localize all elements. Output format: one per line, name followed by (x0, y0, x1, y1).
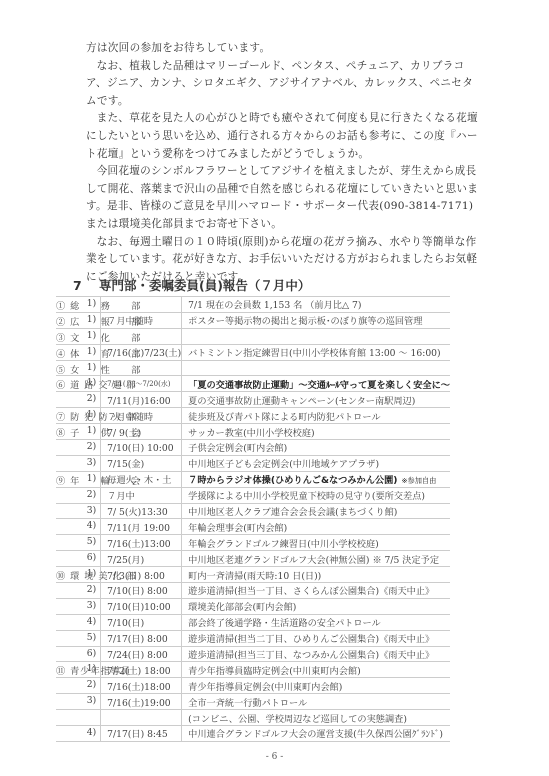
content-text: 年輪会グランドゴルフ練習日(中川小学校校庭) (188, 539, 379, 550)
date-cell: 7/17(日) 8:00 (101, 630, 182, 646)
table-row: 2)7/11(月)16:00夏の交通事故防止運動キャンペーン(センター南駅周辺) (56, 392, 450, 408)
table-row: 6)7/24(日) 8:00遊歩道清掃(担当三丁目、なつみかん公園集合)《雨天中… (56, 646, 450, 662)
department-cell: ③ 文 化 部1) (56, 328, 101, 344)
department-cell: 3) (56, 598, 101, 614)
date-cell: 7/10(日) (101, 614, 182, 630)
item-number: 4) (87, 727, 96, 738)
department-cell: 4) (56, 519, 101, 535)
item-number: 1) (87, 377, 96, 388)
content-text: 7/1 現在の会員数 1,153 名 （前月比△ 7) (188, 300, 361, 311)
date-cell (101, 710, 182, 726)
content-cell (182, 360, 450, 376)
table-row: 3)7/15(金)中川地区子ども会定例会(中川地域ケアプラザ) (56, 455, 450, 471)
paragraph: なお、植栽した品種はマリーゴールド、ペンタス、ペチュニア、カリブラコア、ジニア、… (86, 58, 481, 111)
paragraph: また、草花を見た人の心がひと時でも癒やされて何度も見に行きたくなる花壇にしたいと… (86, 110, 481, 163)
content-text: 町内一斉清掃(雨天時:10 日(日)) (188, 571, 321, 582)
date-cell: 7/10(日) 8:00 (101, 583, 182, 599)
date-cell: 7/10(日) 10:00 (101, 440, 182, 456)
table-row: 3)7/10(日)10:00環境美化部部会(町内会館) (56, 598, 450, 614)
content-cell: 青少年指導員臨時定例会(中川東町内会館) (182, 662, 450, 678)
content-cell: サッカー教室(中川小学校校庭) (182, 424, 450, 440)
content-cell: 夏の交通事故防止運動キャンペーン(センター南駅周辺) (182, 392, 450, 408)
department-cell: ⑦ 防 犯 防 火 部1) (56, 408, 101, 424)
item-number: 2) (87, 679, 96, 690)
date-cell: 7/16(土)13:00 (101, 535, 182, 551)
content-cell: 年輪会理事会(町内会館) (182, 519, 450, 535)
section-heading: 7専門部・委嘱委員(員)報告（７月中） (73, 276, 310, 294)
content-text: 中川連合グランドゴルフ大会の運営支援(牛久保西公園ｸﾞﾗﾝﾄﾞ) (188, 729, 443, 740)
content-text: 青少年指導員臨時定例会(中川東町内会館) (188, 666, 361, 677)
content-text: 全市一斉統一行動パトロール (188, 698, 307, 709)
content-text: 部会終了後通学路・生活道路の安全パトロール (188, 618, 381, 629)
date-cell: 7/25(月) (101, 551, 182, 567)
department-cell: 2) (56, 440, 101, 456)
date-cell: 7/15(金) (101, 455, 182, 471)
content-text: 中川地区子ども会定例会(中川地域ケアプラザ) (188, 459, 379, 470)
department-cell: ⑩ 環 境 美 化 部1) (56, 567, 101, 583)
department-cell: 3) (56, 455, 101, 471)
item-number: 1) (87, 473, 96, 484)
content-cell: 中川地区老連グランドゴルフ大会(神無公園) ※ 7/5 決定予定 (182, 551, 450, 567)
date-cell: 7/11(月 19:00 (101, 519, 182, 535)
content-cell: 年輪会グランドゴルフ練習日(中川小学校校庭) (182, 535, 450, 551)
department-cell: 6) (56, 551, 101, 567)
content-text: 中川地区老連グランドゴルフ大会(神無公園) ※ 7/5 決定予定 (188, 555, 439, 566)
content-cell: 徒歩班及び青パト隊による町内防犯パトロール (182, 408, 450, 424)
content-cell: ７時からラジオ体操(ひめりんご&なつみかん公園)※参加自由 (182, 471, 450, 487)
department-name: ③ 文 化 部 (56, 330, 141, 344)
content-cell: 学援隊による中川小学校児童下校時の見守り(要所交差点) (182, 487, 450, 503)
table-row: ③ 文 化 部1) (56, 328, 450, 344)
department-cell: ② 広 報 部1) (56, 312, 101, 328)
item-number: 2) (87, 584, 96, 595)
page-number: - 6 - (0, 752, 549, 762)
content-cell: 中川地区子ども会定例会(中川地域ケアプラザ) (182, 455, 450, 471)
department-cell: 5) (56, 535, 101, 551)
department-cell: 2) (56, 583, 101, 599)
item-number: 3) (87, 695, 96, 706)
department-name: ② 広 報 部 (56, 314, 141, 328)
item-number: 5) (87, 536, 96, 547)
content-cell: 7/1 現在の会員数 1,153 名 （前月比△ 7) (182, 297, 450, 313)
department-cell: ④ 体 育 部1) (56, 344, 101, 360)
report-table: ① 総 務 部1)7/1 現在の会員数 1,153 名 （前月比△ 7)② 広 … (56, 296, 450, 742)
content-cell: 環境美化部部会(町内会館) (182, 598, 450, 614)
table-row: ⑪ 青少年指導員1)7/ 2(土) 18:00青少年指導員臨時定例会(中川東町内… (56, 662, 450, 678)
date-cell: 7/24(日) 8:00 (101, 646, 182, 662)
note-text: ※参加自由 (402, 476, 437, 485)
department-cell: ⑧ 子 供 会1) (56, 424, 101, 440)
table-row: ⑩ 環 境 美 化 部1)7/ 3(日) 8:00町内一斉清掃(雨天時:10 日… (56, 567, 450, 583)
paragraph: 今回花壇のシンボルフラワーとしてアジサイを植えましたが、芽生えから成長して開花、… (86, 163, 481, 233)
department-name: ④ 体 育 部 (56, 346, 141, 360)
content-cell: 部会終了後通学路・生活道路の安全パトロール (182, 614, 450, 630)
item-number: 6) (87, 648, 96, 659)
item-number: 3) (87, 505, 96, 516)
department-cell: 2) (56, 392, 101, 408)
department-name: ⑥ 道 路 交 通 部 (56, 377, 137, 391)
department-cell: 2) (56, 678, 101, 694)
department-cell: ⑥ 道 路 交 通 部1) (56, 376, 101, 392)
table-row: (コンビニ、公園、学校周辺など巡回しての実態調査) (56, 710, 450, 726)
content-text: 環境美化部部会(町内会館) (188, 602, 296, 613)
date-cell: 7/16(土)19:00 (101, 694, 182, 710)
item-number: 5) (87, 632, 96, 643)
table-row: 2)7/16(土)18:00青少年指導員定例会(中川東町内会館) (56, 678, 450, 694)
section-number: 7 (73, 278, 99, 293)
department-cell: ⑪ 青少年指導員1) (56, 662, 101, 678)
content-text: バトミントン指定練習日(中川小学校体育館 13:00 ～ 16:00) (188, 348, 440, 359)
department-cell: 3) (56, 694, 101, 710)
item-number: 1) (87, 314, 96, 325)
table-row: ⑤ 女 性 部1) (56, 360, 450, 376)
content-text: (コンビニ、公園、学校周辺など巡回しての実態調査) (188, 714, 407, 725)
item-number: 2) (87, 393, 96, 404)
content-text: 学援隊による中川小学校児童下校時の見守り(要所交差点) (188, 491, 425, 502)
table-row: 2)7/10(日) 8:00遊歩道清掃(担当一丁目、さくらんぼ公園集合)《雨天中… (56, 583, 450, 599)
content-cell: ポスター等掲示物の掲出と掲示板･のぼり旗等の巡回管理 (182, 312, 450, 328)
department-cell: 4) (56, 614, 101, 630)
table-row: 3)7/ 5(火)13:30中川地区老人クラブ連合会会長会議(まちづくり館) (56, 503, 450, 519)
table-row: 2)７月中学援隊による中川小学校児童下校時の見守り(要所交差点) (56, 487, 450, 503)
content-cell: 青少年指導員定例会(中川東町内会館) (182, 678, 450, 694)
table-row: 6)7/25(月)中川地区老連グランドゴルフ大会(神無公園) ※ 7/5 決定予… (56, 551, 450, 567)
item-number: 1) (87, 568, 96, 579)
content-cell: 遊歩道清掃(担当二丁目、ひめりんご公園集合)《雨天中止》 (182, 630, 450, 646)
department-name: ⑤ 女 性 部 (56, 362, 141, 376)
department-name: ⑧ 子 供 会 (56, 425, 141, 439)
content-text: 夏の交通事故防止運動キャンペーン(センター南駅周辺) (188, 396, 415, 407)
table-row: ⑧ 子 供 会1)7/ 9(土)サッカー教室(中川小学校校庭) (56, 424, 450, 440)
content-text: ７時からラジオ体操(ひめりんご&なつみかん公園) (188, 475, 397, 486)
content-text: 子供会定例会(町内会館) (188, 443, 287, 454)
table-row: 5)7/17(日) 8:00遊歩道清掃(担当二丁目、ひめりんご公園集合)《雨天中… (56, 630, 450, 646)
table-row: ① 総 務 部1)7/1 現在の会員数 1,153 名 （前月比△ 7) (56, 297, 450, 313)
body-text: 方は次回の参加をお待ちしています。 なお、植栽した品種はマリーゴールド、ペンタス… (86, 40, 481, 286)
content-cell (182, 328, 450, 344)
department-cell: 6) (56, 646, 101, 662)
table-row: 2)7/10(日) 10:00子供会定例会(町内会館) (56, 440, 450, 456)
content-text: 遊歩道清掃(担当三丁目、なつみかん公園集合)《雨天中止》 (188, 650, 434, 661)
table-row: 4)7/11(月 19:00年輪会理事会(町内会館) (56, 519, 450, 535)
content-text: 遊歩道清掃(担当一丁目、さくらんぼ公園集合)《雨天中止》 (188, 586, 434, 597)
paragraph: 方は次回の参加をお待ちしています。 (86, 40, 481, 58)
item-number: 1) (87, 663, 96, 674)
content-text: 「夏の交通事故防止運動」～交通ﾙｰﾙ守って夏を楽しく安全に～ (188, 380, 450, 391)
department-cell: ⑨ 年 輪 会1) (56, 471, 101, 487)
department-name: ⑩ 環 境 美 化 部 (56, 568, 137, 582)
department-cell: 2) (56, 487, 101, 503)
item-number: 1) (87, 330, 96, 341)
table-row: 4)7/17(日) 8:45中川連合グランドゴルフ大会の運営支援(牛久保西公園ｸ… (56, 726, 450, 742)
item-number: 2) (87, 441, 96, 452)
content-cell: バトミントン指定練習日(中川小学校体育館 13:00 ～ 16:00) (182, 344, 450, 360)
table-row: ④ 体 育 部1)7/16(土)7/23(土)バトミントン指定練習日(中川小学校… (56, 344, 450, 360)
item-number: 4) (87, 616, 96, 627)
department-cell: 5) (56, 630, 101, 646)
table-row: ⑦ 防 犯 防 火 部1)７月中随時徒歩班及び青パト隊による町内防犯パトロール (56, 408, 450, 424)
content-text: ポスター等掲示物の掲出と掲示板･のぼり旗等の巡回管理 (188, 316, 422, 327)
item-number: 1) (87, 425, 96, 436)
date-cell: ７月中 (101, 487, 182, 503)
department-cell (56, 710, 101, 726)
content-cell: 遊歩道清掃(担当三丁目、なつみかん公園集合)《雨天中止》 (182, 646, 450, 662)
item-number: 1) (87, 362, 96, 373)
content-cell: 遊歩道清掃(担当一丁目、さくらんぼ公園集合)《雨天中止》 (182, 583, 450, 599)
department-cell: ① 総 務 部1) (56, 297, 101, 313)
content-cell: 「夏の交通事故防止運動」～交通ﾙｰﾙ守って夏を楽しく安全に～ (182, 376, 450, 392)
content-text: 徒歩班及び青パト隊による町内防犯パトロール (188, 412, 380, 423)
date-cell: 7/11(月)16:00 (101, 392, 182, 408)
department-cell: ⑤ 女 性 部1) (56, 360, 101, 376)
department-name: ① 総 務 部 (56, 298, 141, 312)
table-row: 4)7/10(日)部会終了後通学路・生活道路の安全パトロール (56, 614, 450, 630)
content-cell: 全市一斉統一行動パトロール (182, 694, 450, 710)
content-cell: 町内一斉清掃(雨天時:10 日(日)) (182, 567, 450, 583)
table-row: ⑨ 年 輪 会1)毎週火・木・土７時からラジオ体操(ひめりんご&なつみかん公園)… (56, 471, 450, 487)
item-number: 3) (87, 457, 96, 468)
item-number: 4) (87, 520, 96, 531)
item-number: 6) (87, 552, 96, 563)
content-text: 青少年指導員定例会(中川東町内会館) (188, 682, 342, 693)
table-row: ② 広 報 部1)７月中随時ポスター等掲示物の掲出と掲示板･のぼり旗等の巡回管理 (56, 312, 450, 328)
content-text: 遊歩道清掃(担当二丁目、ひめりんご公園集合)《雨天中止》 (188, 634, 434, 645)
date-cell: 7/17(日) 8:45 (101, 726, 182, 742)
item-number: 1) (87, 298, 96, 309)
content-cell: 中川連合グランドゴルフ大会の運営支援(牛久保西公園ｸﾞﾗﾝﾄﾞ) (182, 726, 450, 742)
department-name: ⑨ 年 輪 会 (56, 473, 141, 487)
content-cell: 中川地区老人クラブ連合会会長会議(まちづくり館) (182, 503, 450, 519)
content-text: サッカー教室(中川小学校校庭) (188, 428, 314, 439)
content-text: 中川地区老人クラブ連合会会長会議(まちづくり館) (188, 507, 397, 518)
content-text: 年輪会理事会(町内会館) (188, 523, 287, 534)
department-name: ⑦ 防 犯 防 火 部 (56, 409, 137, 423)
date-cell: 7/ 5(火)13:30 (101, 503, 182, 519)
table-row: ⑥ 道 路 交 通 部1)7/11(月)～7/20(水)「夏の交通事故防止運動」… (56, 376, 450, 392)
department-cell: 4) (56, 726, 101, 742)
date-cell: 7/10(日)10:00 (101, 598, 182, 614)
table-row: 3)7/16(土)19:00全市一斉統一行動パトロール (56, 694, 450, 710)
section-title: 専門部・委嘱委員(員)報告（７月中） (99, 278, 310, 293)
content-cell: (コンビニ、公園、学校周辺など巡回しての実態調査) (182, 710, 450, 726)
table-row: 5)7/16(土)13:00年輪会グランドゴルフ練習日(中川小学校校庭) (56, 535, 450, 551)
content-cell: 子供会定例会(町内会館) (182, 440, 450, 456)
item-number: 1) (87, 346, 96, 357)
item-number: 3) (87, 600, 96, 611)
date-cell: 7/16(土)18:00 (101, 678, 182, 694)
department-cell: 3) (56, 503, 101, 519)
item-number: 1) (87, 409, 96, 420)
item-number: 2) (87, 489, 96, 500)
